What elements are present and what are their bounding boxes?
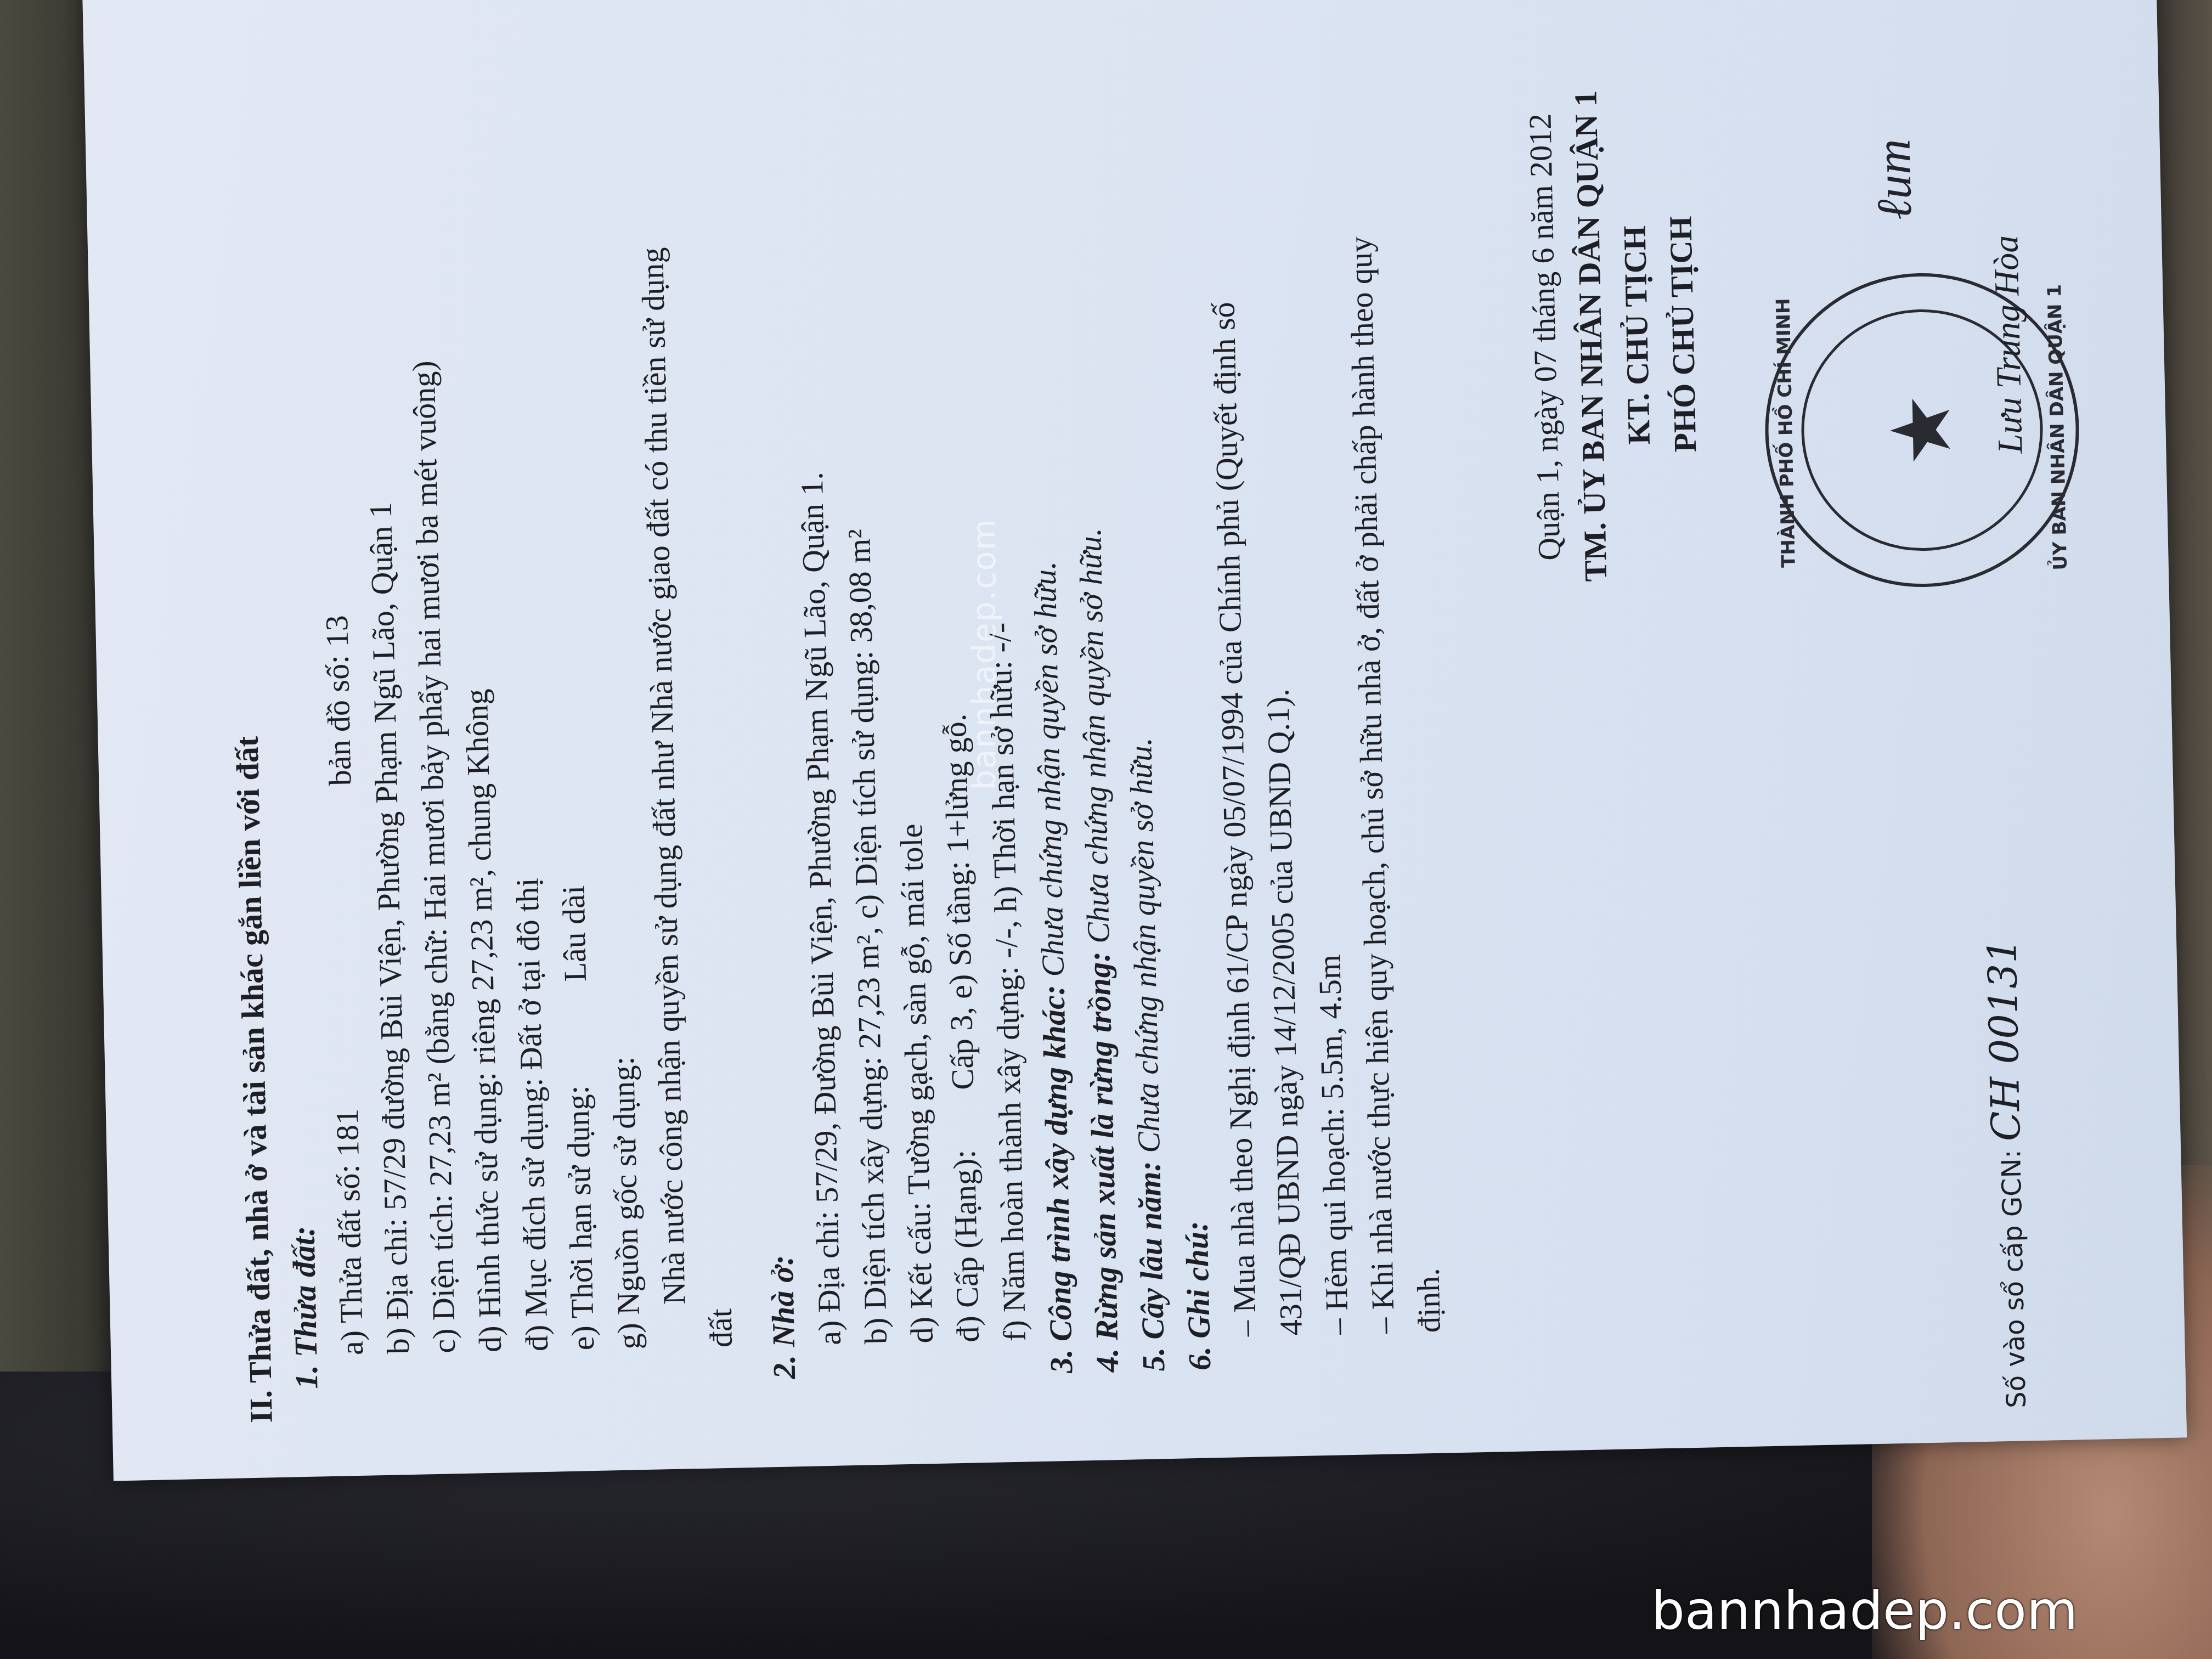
seal-bottom-text: ỦY BAN NHÂN DÂN QUẬN 1 (2041, 273, 2074, 581)
signer-name: Lưu Trung Hòa (1980, 235, 2036, 454)
seal-top-text: THÀNH PHỐ HỒ CHÍ MINH (1770, 279, 1803, 587)
watermark: bannhadep.com (1651, 1580, 2078, 1641)
signature-block: Quận 1, ngày 07 tháng 6 năm 2012 TM. ỦY … (1515, 4, 1713, 667)
certificate-paper: II. Thửa đất, nhà ở và tài sản khác gắn … (82, 0, 2187, 1481)
watermark-faint: bannhadep.com (966, 518, 1003, 790)
certificate-content: II. Thửa đất, nhà ở và tài sản khác gắn … (210, 3, 2049, 1424)
handwritten-signature: ℓum (1858, 138, 1931, 221)
star-emblem-icon: ★ (1880, 392, 1964, 468)
registry-number: Số vào sổ cấp GCN: CH 00131 (1973, 938, 2040, 1409)
